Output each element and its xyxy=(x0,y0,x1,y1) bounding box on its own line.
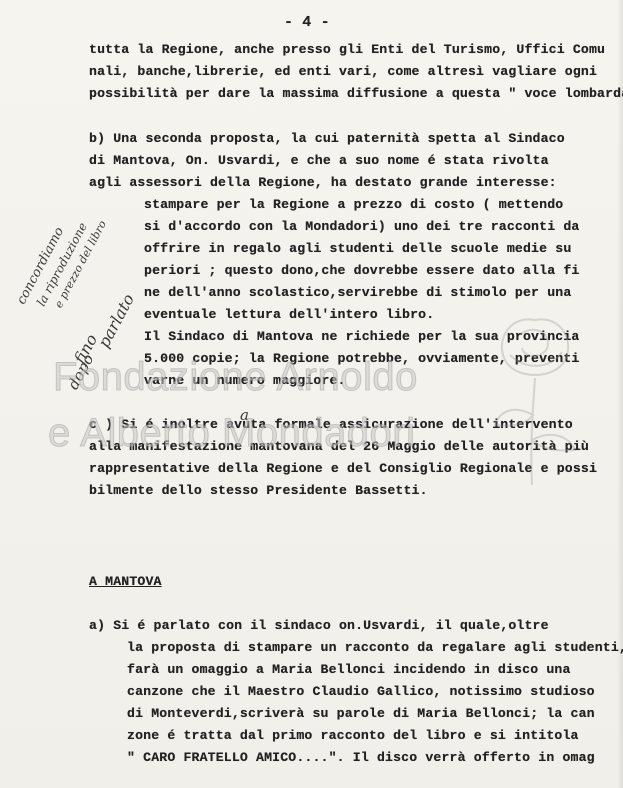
text-line: offrire in regalo agli studenti delle sc… xyxy=(144,241,571,256)
text-line: zone é tratta dal primo racconto del lib… xyxy=(127,728,579,743)
text-line: agli assessori della Regione, ha destato… xyxy=(89,175,557,190)
text-line: periori ; questo dono,che dovrebbe esser… xyxy=(144,263,579,278)
text-line: b) Una seconda proposta, la cui paternit… xyxy=(89,131,565,146)
text-line: tutta la Regione, anche presso gli Enti … xyxy=(89,42,605,57)
watermark-line: e Alberto Mondadori xyxy=(48,411,416,456)
margin-note-line: parlato xyxy=(94,291,138,351)
text-line: possibilità per dare la massima diffusio… xyxy=(89,86,623,101)
page-number: - 4 - xyxy=(284,14,330,31)
text-line: stampare per la Regione a prezzo di cost… xyxy=(144,197,563,212)
text-line: la proposta di stampare un racconto da r… xyxy=(127,640,623,655)
text-line: di Mantova, On. Usvardi, e che a suo nom… xyxy=(89,153,549,168)
text-line: " CARO FRATELLO AMICO....". Il disco ver… xyxy=(127,750,595,765)
text-line: nali, banche,librerie, ed enti vari, com… xyxy=(89,64,597,79)
text-line: bilmente dello stesso Presidente Bassett… xyxy=(89,483,428,498)
text-line: si d'accordo con la Mondadori) uno dei t… xyxy=(144,219,579,234)
text-line: a) Si é parlato con il sindaco on.Usvard… xyxy=(89,618,549,633)
text-line: farà un omaggio a Maria Bellonci inciden… xyxy=(127,662,571,677)
section-heading: A MANTOVA xyxy=(89,574,162,589)
watermark-line: Fondazione Arnoldo xyxy=(53,355,418,400)
text-line: di Monteverdi,scriverà su parole di Mari… xyxy=(127,706,595,721)
text-line: ne dell'anno scolastico,servirebbe di st… xyxy=(144,285,571,300)
scan-edge xyxy=(617,0,623,788)
document-page: - 4 - tutta la Regione, anche presso gli… xyxy=(0,0,623,788)
rose-watermark-icon xyxy=(470,300,600,490)
text-line: eventuale lettura dell'intero libro. xyxy=(144,307,434,322)
text-line: canzone che il Maestro Claudio Gallico, … xyxy=(127,684,595,699)
